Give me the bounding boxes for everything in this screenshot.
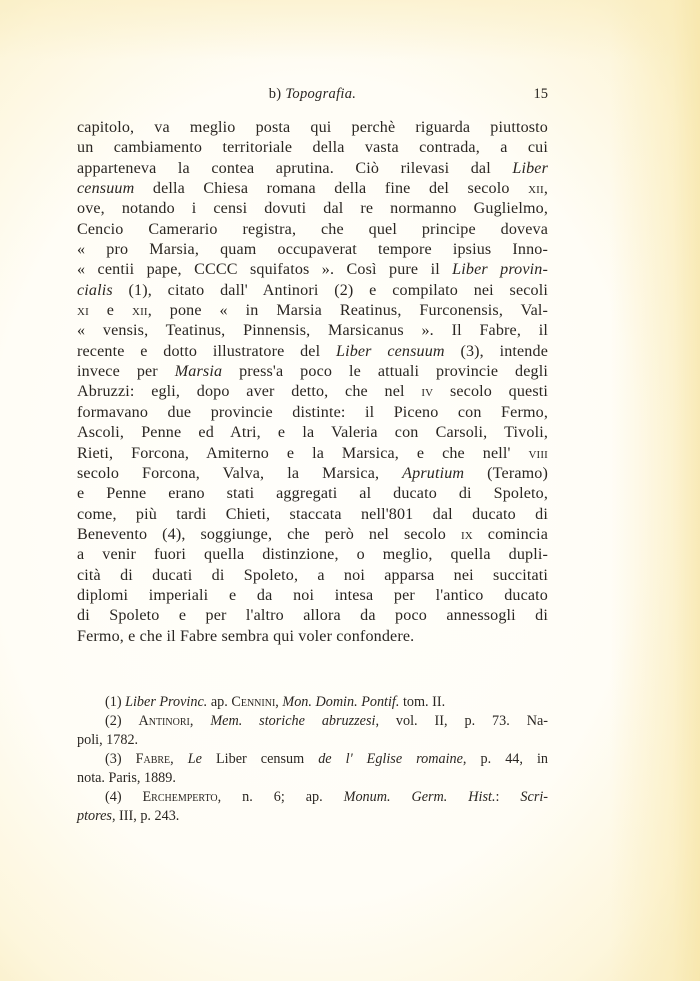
text-line: formavano due provincie distinte: il Pic… [77, 403, 548, 423]
footnote-2: (2) Antinori, Mem. storiche abruzzesi, v… [77, 712, 548, 731]
text-run: (Teramo) [464, 465, 548, 482]
section-title: b) Topografia. [77, 86, 548, 103]
text-run: Benevento (4), soggiunge, che però nel s… [77, 526, 461, 543]
text-run: recente e dotto illustratore del [77, 343, 336, 360]
text-line: Ascoli, Penne ed Atri, e la Valeria con … [77, 423, 548, 443]
italic-run: Mem. storiche abruzzesi [210, 713, 375, 729]
text-line: apparteneva la contea aprutina. Ciò rile… [77, 159, 548, 179]
text-line: Benevento (4), soggiunge, che però nel s… [77, 525, 548, 545]
italic-run: Scri- [520, 789, 548, 805]
italic-run: Le [188, 751, 202, 767]
text-run: Rieti, Forcona, Amiterno e la Marsica, e… [77, 445, 528, 462]
footnote-marker: (2) [105, 713, 122, 729]
smallcaps-run: Antinori [138, 713, 189, 729]
text-run: , p. 44, in [463, 751, 548, 767]
text-line: di Spoleto e per l'altro allora da poco … [77, 606, 548, 626]
italic-run: censuum [77, 180, 134, 197]
italic-run: Aprutium [402, 465, 464, 482]
text-run: press'a poco le attuali provincie degli [222, 363, 548, 380]
text-run: Abruzzi: egli, dopo aver detto, che nel [77, 383, 421, 400]
page-edge-top [0, 0, 700, 60]
text-line: come, più tardi Chieti, staccata nell'80… [77, 505, 548, 525]
text-line: e Penne erano stati aggregati al ducato … [77, 484, 548, 504]
text-line: secolo Forcona, Valva, la Marsica, Aprut… [77, 464, 548, 484]
text-line: cialis (1), citato dall' Antinori (2) e … [77, 281, 548, 301]
smallcaps-run: ix [461, 526, 473, 543]
text-run: , [170, 751, 188, 767]
section-prefix: b) [269, 86, 282, 102]
text-run: , vol. II, p. 73. Na- [375, 713, 548, 729]
text-run: « centii pape, CCCC squifatos ». Così pu… [77, 261, 452, 278]
page-edge-right [610, 0, 700, 981]
text-line: recente e dotto illustratore del Liber c… [77, 342, 548, 362]
italic-run: Liber Provinc. [125, 694, 207, 710]
text-run: tom. II. [399, 694, 445, 710]
text-line: capitolo, va meglio posta qui perchè rig… [77, 118, 548, 138]
smallcaps-run: viii [528, 445, 548, 462]
smallcaps-run: Erchemperto [143, 789, 218, 805]
smallcaps-run: xi [77, 302, 89, 319]
footnote-3-cont: nota. Paris, 1889. [77, 769, 548, 788]
text-run: e [89, 302, 132, 319]
footnote-4-cont: ptores, III, p. 243. [77, 807, 548, 826]
text-run: secolo questi [433, 383, 548, 400]
smallcaps-run: xii [132, 302, 148, 319]
text-line: Rieti, Forcona, Amiterno e la Marsica, e… [77, 444, 548, 464]
text-run: comincia [473, 526, 548, 543]
running-head: b) Topografia. 15 [77, 86, 548, 106]
smallcaps-run: xii [528, 180, 544, 197]
footnote-marker: (3) [105, 751, 122, 767]
text-run: , III, p. 243. [112, 808, 179, 824]
italic-run: Marsia [175, 363, 222, 380]
text-line: invece per Marsia press'a poco le attual… [77, 362, 548, 382]
text-line: « pro Marsia, quam occupaverat tempore i… [77, 240, 548, 260]
italic-run: Liber provin- [452, 261, 548, 278]
text-line: ove, notando i censi dovuti dal re norma… [77, 199, 548, 219]
text-run: , [190, 713, 210, 729]
text-line: « vensis, Teatinus, Pinnensis, Marsicanu… [77, 321, 548, 341]
text-run: invece per [77, 363, 175, 380]
smallcaps-run: Fabre [136, 751, 171, 767]
italic-run: Mon. Domin. Pontif. [282, 694, 399, 710]
text-line: « centii pape, CCCC squifatos ». Così pu… [77, 260, 548, 280]
smallcaps-run: iv [421, 383, 433, 400]
footnote-4: (4) Erchemperto, n. 6; ap. Monum. Germ. … [77, 788, 548, 807]
text-run: , pone « in Marsia Reatinus, Furconensis… [148, 302, 548, 319]
text-run: (1), citato dall' Antinori (2) e compila… [113, 282, 548, 299]
italic-run: Liber [512, 160, 548, 177]
text-run: : [496, 789, 521, 805]
footnote-marker: (4) [105, 789, 122, 805]
text-line: diplomi imperiali e da noi intesa per l'… [77, 586, 548, 606]
text-run: Liber censum [202, 751, 318, 767]
italic-run: Monum. Germ. Hist. [344, 789, 496, 805]
section-title-text: Topografia. [285, 86, 356, 102]
text-run: ap. [207, 694, 231, 710]
text-line: censuum della Chiesa romana della fine d… [77, 179, 548, 199]
text-line: Fermo, e che il Fabre sembra qui voler c… [77, 627, 548, 647]
text-line: a venir fuori quella distinzione, o megl… [77, 545, 548, 565]
text-line: Cencio Camerario registra, che quel prin… [77, 220, 548, 240]
body-text: capitolo, va meglio posta qui perchè rig… [77, 118, 548, 647]
italic-run: Liber censuum [336, 343, 445, 360]
text-run: apparteneva la contea aprutina. Ciò rile… [77, 160, 512, 177]
footnotes: (1) Liber Provinc. ap. Cennini, Mon. Dom… [77, 693, 548, 826]
footnote-2-cont: poli, 1782. [77, 731, 548, 750]
footnote-1: (1) Liber Provinc. ap. Cennini, Mon. Dom… [77, 693, 548, 712]
text-run: , [544, 180, 548, 197]
text-line: xi e xii, pone « in Marsia Reatinus, Fur… [77, 301, 548, 321]
footnote-3: (3) Fabre, Le Liber censum de l' Eglise … [77, 750, 548, 769]
italic-run: de l' Eglise romaine [318, 751, 463, 767]
page-number: 15 [534, 86, 549, 103]
text-run: , n. 6; ap. [218, 789, 344, 805]
italic-run: cialis [77, 282, 113, 299]
text-line: un cambiamento territoriale della vasta … [77, 138, 548, 158]
text-run: (3), intende [445, 343, 548, 360]
text-run: della Chiesa romana della fine del secol… [134, 180, 528, 197]
text-run: secolo Forcona, Valva, la Marsica, [77, 465, 402, 482]
text-line: Abruzzi: egli, dopo aver detto, che nel … [77, 382, 548, 402]
italic-run: ptores [77, 808, 112, 824]
smallcaps-run: Cennini [231, 694, 275, 710]
text-line: cità di ducati di Spoleto, a noi apparsa… [77, 566, 548, 586]
footnote-marker: (1) [105, 694, 122, 710]
